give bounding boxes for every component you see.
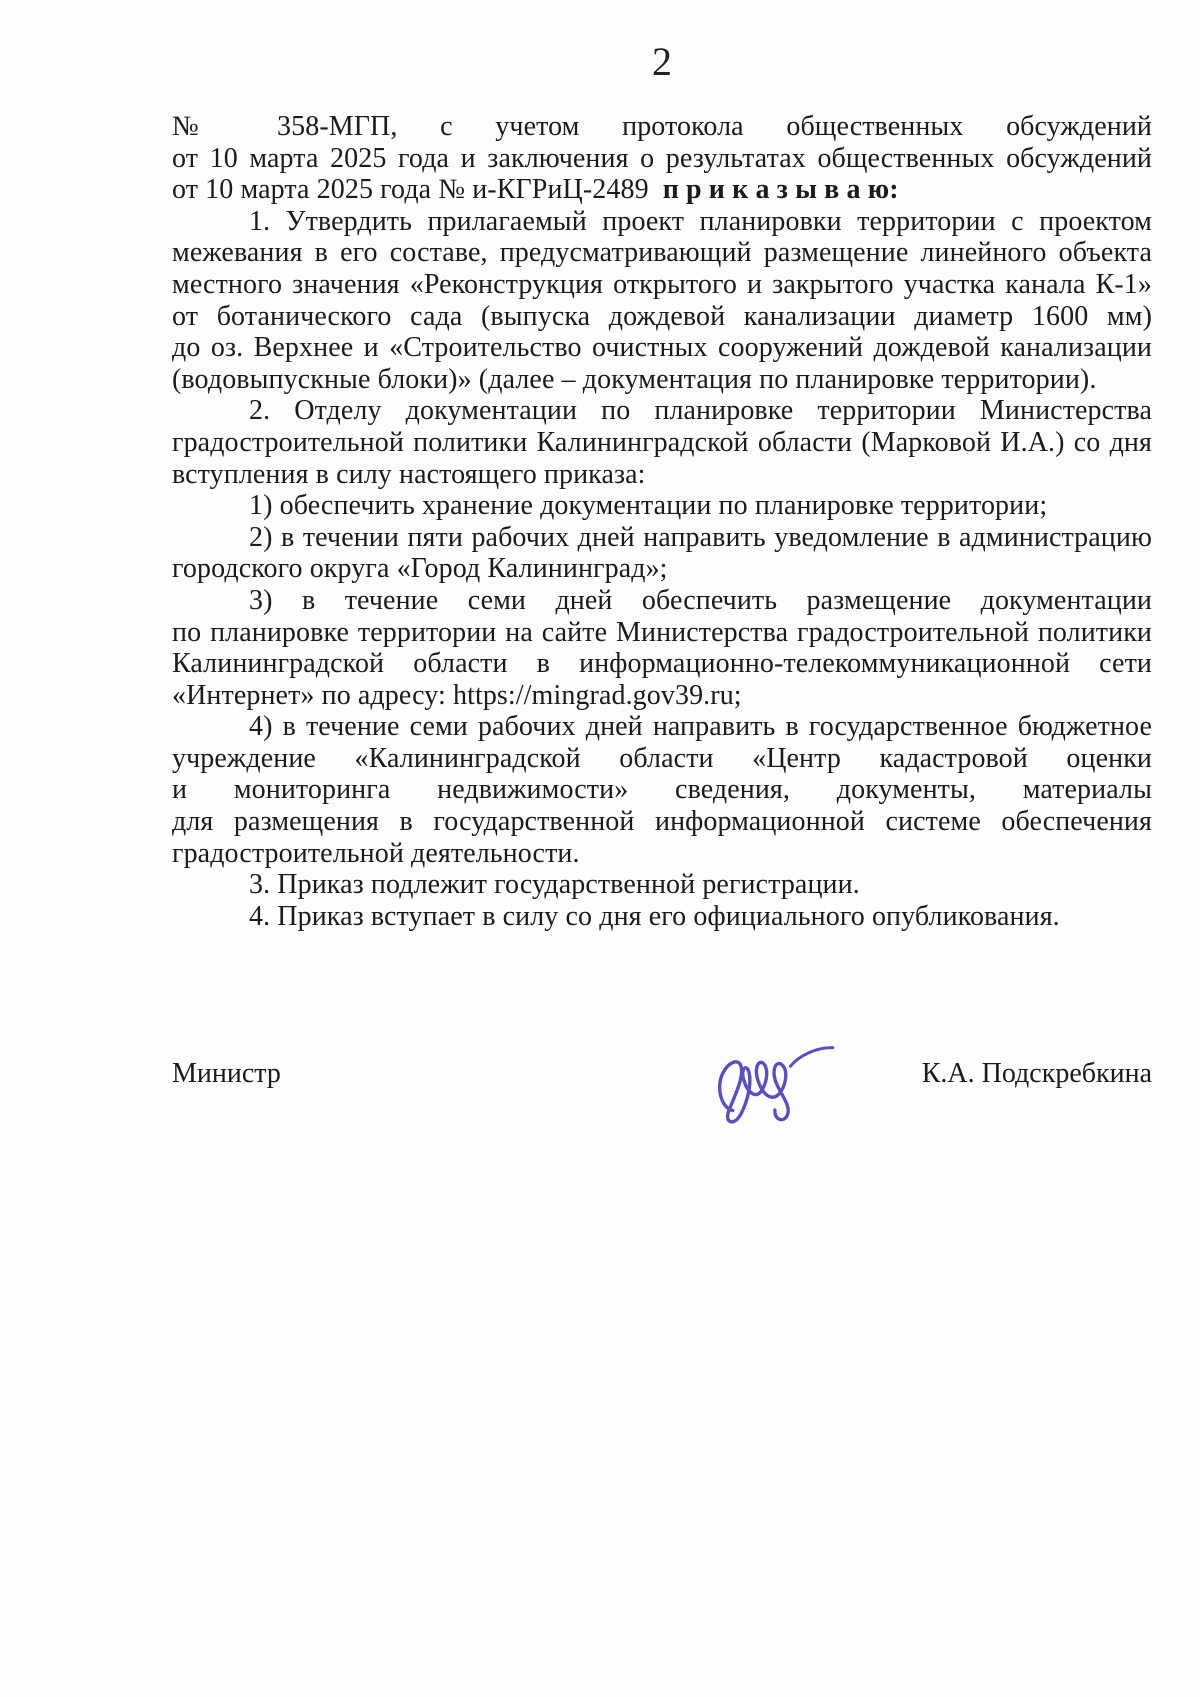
page-number: 2 [172,42,1152,82]
document-line: местного значения «Реконструкция открыто… [172,269,1152,301]
document-line: городского округа «Город Калининград»; [172,553,1152,585]
document-line: по планировке территории на сайте Минист… [172,617,1152,649]
document-line: 3) в течение семи дней обеспечить размещ… [172,585,1152,617]
document-line: № 358-МГП, с учетом протокола общественн… [172,111,1152,143]
document-line: от ботанического сада (выпуска дождевой … [172,301,1152,333]
document-line: 1. Утвердить прилагаемый проект планиров… [172,206,1152,238]
document-line: (водовыпускные блоки)» (далее – документ… [172,364,1152,396]
line-text: от 10 марта 2025 года № и-КГРиЦ-2489 [172,174,649,205]
document-page: 2 № 358-МГП, с учетом протокола обществе… [0,0,1200,1697]
document-line: до оз. Верхнее и «Строительство очистных… [172,332,1152,364]
document-line: межевания в его составе, предусматривающ… [172,237,1152,269]
document-line: от 10 марта 2025 года № и-КГРиЦ-2489п р … [172,174,1152,206]
order-keyword: п р и к а з ы в а ю: [663,174,899,205]
document-line: 4. Приказ вступает в силу со дня его офи… [172,901,1152,933]
document-line: и мониторинга недвижимости» сведения, до… [172,774,1152,806]
document-line: 1) обеспечить хранение документации по п… [172,490,1152,522]
document-line: градостроительной политики Калининградск… [172,427,1152,459]
document-line: Калининградской области в информационно-… [172,648,1152,680]
document-line: «Интернет» по адресу: https://mingrad.go… [172,680,1152,712]
document-line: вступления в силу настоящего приказа: [172,459,1152,491]
document-line: учреждение «Калининградской области «Цен… [172,743,1152,775]
document-line: 2. Отделу документации по планировке тер… [172,395,1152,427]
minister-title: Министр [172,1058,281,1090]
signature-block: Министр К.А. Подскребкина [172,1058,1152,1138]
signature-stroke [717,1057,791,1126]
document-line: от 10 марта 2025 года и заключения о рез… [172,143,1152,175]
document-body: № 358-МГП, с учетом протокола общественн… [172,111,1152,932]
document-line: 2) в течении пяти рабочих дней направить… [172,522,1152,554]
document-line: 4) в течение семи рабочих дней направить… [172,711,1152,743]
signature-flourish [789,1047,834,1066]
document-line: 3. Приказ подлежит государственной регис… [172,869,1152,901]
document-line: градостроительной деятельности. [172,838,1152,870]
minister-signature [704,1036,844,1128]
minister-name: К.А. Подскребкина [922,1058,1152,1090]
document-line: для размещения в государственной информа… [172,806,1152,838]
